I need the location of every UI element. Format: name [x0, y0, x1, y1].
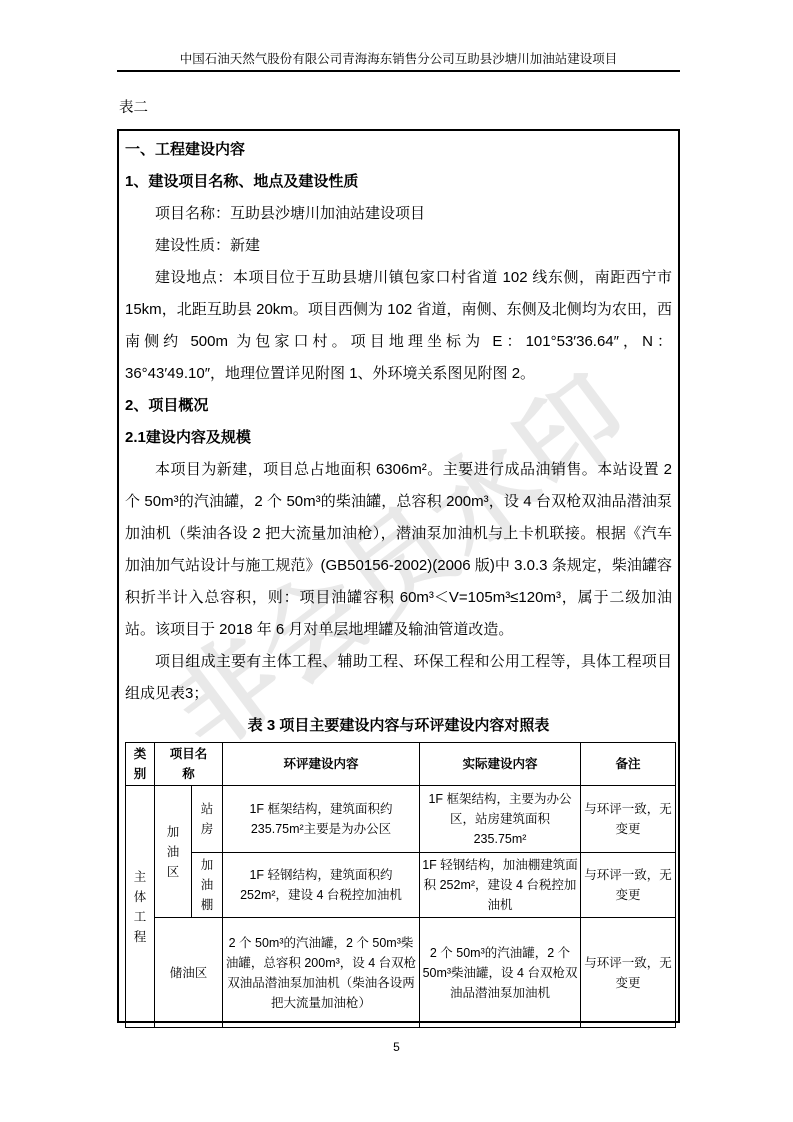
section-heading-project-overview: 2、项目概况 [125, 390, 672, 422]
header-actual-content: 实际建设内容 [420, 743, 581, 786]
cell-remark-station-house: 与环评一致，无变更 [581, 786, 676, 853]
table-row: 加 油 棚 1F 轻钢结构，建筑面积约 252m²，建设 4 台税控加油机 1F… [126, 853, 676, 918]
cell-name-station-house: 站 房 [192, 786, 223, 853]
project-name-line: 项目名称：互助县沙塘川加油站建设项目 [125, 198, 672, 230]
construction-nature-line: 建设性质：新建 [125, 230, 672, 262]
cell-remark-oil-storage-area: 与环评一致，无变更 [581, 918, 676, 1028]
document-header-title: 中国石油天然气股份有限公司青海海东销售分公司互助县沙塘川加油站建设项目 [117, 51, 680, 67]
header-project-name: 项目名 称 [155, 743, 223, 786]
header-eia-content: 环评建设内容 [223, 743, 420, 786]
comparison-table: 类 别 项目名 称 环评建设内容 实际建设内容 备注 主 体 工 程 加 油 区… [125, 742, 676, 1028]
cell-actual-oil-storage-area: 2 个 50m³的汽油罐，2 个 50m³柴油罐，设 4 台双枪双油品潜油泵加油… [420, 918, 581, 1028]
cell-eia-oil-storage-area: 2 个 50m³的汽油罐，2 个 50m³柴油罐，总容积 200m³，设 4 台… [223, 918, 420, 1028]
table-header-row: 类 别 项目名 称 环评建设内容 实际建设内容 备注 [126, 743, 676, 786]
cell-actual-station-house: 1F 框架结构，主要为办公区，站房建筑面积 235.75m² [420, 786, 581, 853]
table3-caption: 表 3 项目主要建设内容与环评建设内容对照表 [125, 710, 672, 742]
cell-name-oil-storage-area: 储油区 [155, 918, 223, 1028]
subsection-heading-scale: 2.1建设内容及规模 [125, 422, 672, 454]
cell-name-fueling-canopy: 加 油 棚 [192, 853, 223, 918]
cell-eia-fueling-canopy: 1F 轻钢结构，建筑面积约 252m²，建设 4 台税控加油机 [223, 853, 420, 918]
subsection-heading-name-location: 1、建设项目名称、地点及建设性质 [125, 166, 672, 198]
cell-category-main-works: 主 体 工 程 [126, 786, 155, 1028]
page-number: 5 [0, 1040, 793, 1054]
form-table-two-label: 表二 [119, 96, 148, 117]
table-row: 储油区 2 个 50m³的汽油罐，2 个 50m³柴油罐，总容积 200m³，设… [126, 918, 676, 1028]
header-category: 类 别 [126, 743, 155, 786]
document-page: 非会员水印 中国石油天然气股份有限公司青海海东销售分公司互助县沙塘川加油站建设项… [0, 0, 793, 1122]
header-divider [117, 70, 680, 72]
location-paragraph: 建设地点：本项目位于互助县塘川镇包家口村省道 102 线东侧，南距西宁市 15k… [125, 262, 672, 390]
header-remark: 备注 [581, 743, 676, 786]
cell-actual-fueling-canopy: 1F 轻钢结构，加油棚建筑面积 252m²，建设 4 台税控加油机 [420, 853, 581, 918]
cell-zone-fueling-area: 加 油 区 [155, 786, 192, 918]
cell-remark-fueling-canopy: 与环评一致，无变更 [581, 853, 676, 918]
table-row: 主 体 工 程 加 油 区 站 房 1F 框架结构，建筑面积约 235.75m²… [126, 786, 676, 853]
scale-paragraph: 本项目为新建，项目总占地面积 6306m²。主要进行成品油销售。本站设置 2 个… [125, 454, 672, 646]
cell-eia-station-house: 1F 框架结构，建筑面积约 235.75m²主要是为办公区 [223, 786, 420, 853]
content-box: 一、工程建设内容 1、建设项目名称、地点及建设性质 项目名称：互助县沙塘川加油站… [117, 129, 680, 1023]
composition-paragraph: 项目组成主要有主体工程、辅助工程、环保工程和公用工程等，具体工程项目组成见表3； [125, 646, 672, 710]
section-heading-construction-content: 一、工程建设内容 [125, 134, 672, 166]
